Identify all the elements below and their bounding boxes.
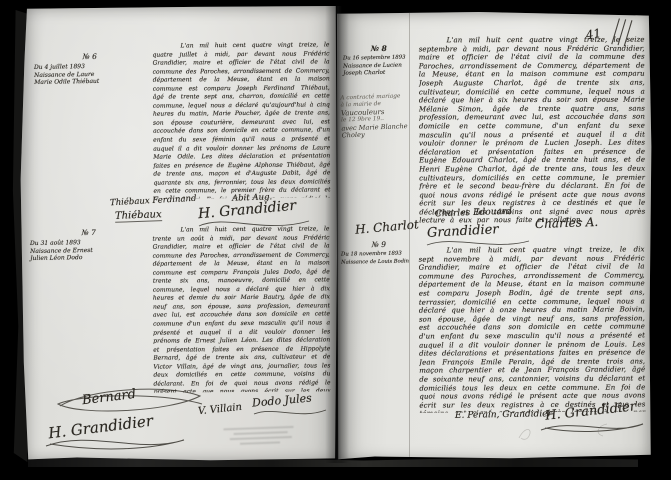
act-8-number: № 8: [343, 43, 415, 53]
act-8-marriage-note: A contracté mariage à la mairie de Vauco…: [340, 93, 425, 140]
act-8-title-line2: Joseph Charlot: [343, 70, 415, 79]
act-7-signature-villain: V. Villain: [198, 402, 243, 418]
act-9-margin: № 9 Du 18 novembre 1893 Naissance de Lou…: [341, 239, 417, 267]
act-8-signature-charles-a: Charles A.: [535, 215, 599, 231]
page-stack-edge: [28, 457, 638, 467]
act-7-signature-dodo: Dodo Jules: [252, 391, 313, 409]
act-8-signature-grandidier: Grandidier: [427, 222, 499, 241]
margin-rule: [409, 12, 410, 461]
act-8-margin: № 8 Du 16 septembre 1893 Naissance de Lu…: [343, 43, 416, 78]
act-9-title: Naissance de Louis Bodin: [341, 258, 417, 267]
act-7-title-line2: Julien Léon Dodo: [30, 253, 148, 263]
act-8-body: L'an mil huit cent quatre vingt treize, …: [419, 36, 646, 231]
act-9-signature-perain-grandidier: E. Perain, Grandidier: [455, 409, 552, 421]
act-7-number: № 7: [30, 227, 148, 238]
pencil-squiggle: [515, 424, 545, 444]
right-page: 41 № 8 Du 16 septembre 1893 Naissance de…: [337, 12, 652, 461]
act-6-signature-thiebaux: Thiébaux: [115, 209, 162, 223]
act-7-signature-bernard: Bernard: [81, 387, 137, 408]
act-6-title-line2: Marie Odile Thiébaut: [34, 77, 146, 87]
act-7-signature-grandidier: H. Grandidier: [47, 412, 154, 443]
act-7-margin: № 7 Du 31 août 1893 Naissance de Ernest …: [30, 227, 149, 263]
act-6-margin: № 6 Du 4 juillet 1893 Naissance de Laure…: [34, 51, 147, 87]
left-page: № 6 Du 4 juillet 1893 Naissance de Laure…: [20, 6, 337, 463]
act-7-body: L'an mil huit cent quatre vingt treize, …: [152, 225, 330, 392]
marriage-note-line: Choley: [342, 130, 426, 140]
act-9-body: L'an mil huit cent quatre vingt treize, …: [419, 245, 646, 412]
pencil-squiggle: [589, 420, 615, 440]
faint-stamp: [219, 423, 306, 463]
act-6-signature-grandidier: H. Grandidier: [197, 198, 296, 222]
act-6-signature-thiebaux-ferdinand: Thiébaux Ferdinand: [110, 194, 197, 209]
signature-flourish: [250, 408, 330, 420]
act-6-number: № 6: [34, 51, 146, 62]
register-scan: № 6 Du 4 juillet 1893 Naissance de Laure…: [0, 0, 671, 480]
act-6-body: L'an mil huit cent quatre vingt treize, …: [152, 41, 330, 198]
act-9-number: № 9: [341, 239, 417, 249]
